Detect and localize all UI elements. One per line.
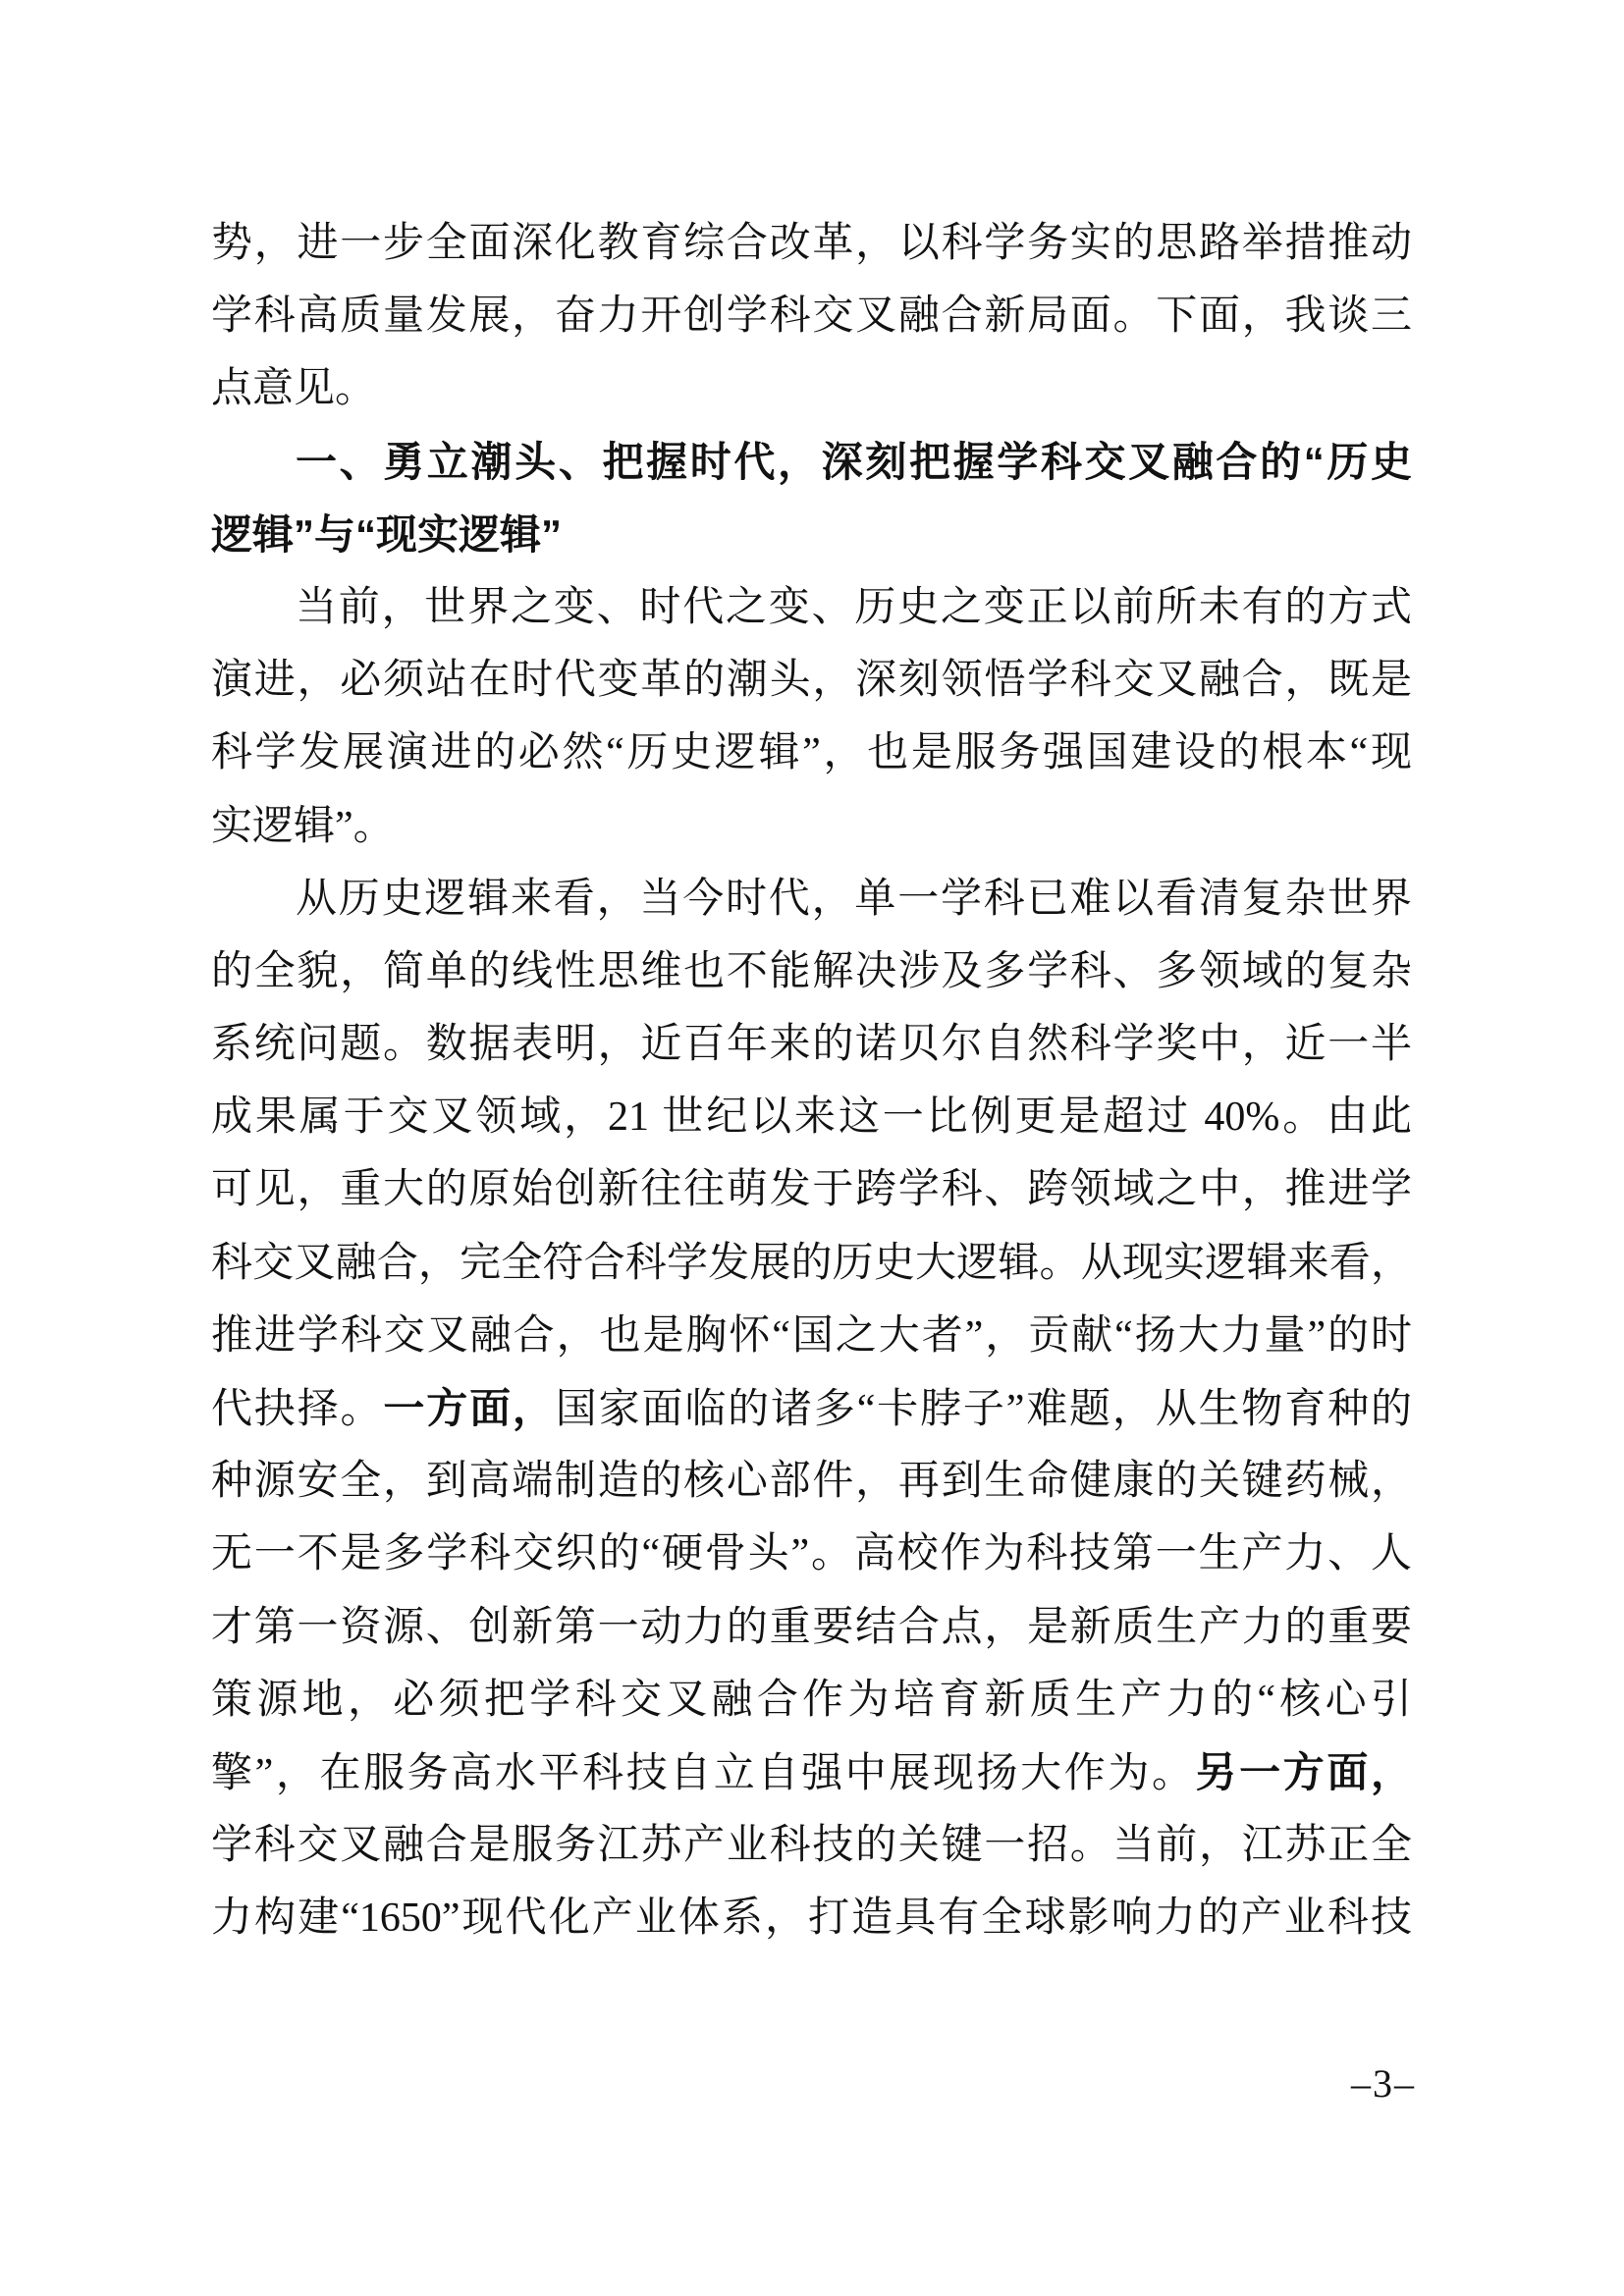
body-line: 代抉择。一方面，国家面临的诸多“卡脖子”难题，从生物育种的 (211, 1372, 1412, 1445)
bold-emphasis: 另一方面， (1196, 1749, 1412, 1795)
body-line: 科交叉融合，完全符合科学发展的历史大逻辑。从现实逻辑来看， (211, 1227, 1412, 1300)
body-line: 科学发展演进的必然“历史逻辑”，也是服务强国建设的根本“现 (211, 717, 1412, 789)
body-line: 实逻辑”。 (211, 790, 1412, 863)
text-run: 才第一资源、创新第一动力的重要结合点，是新质生产力的重要 (211, 1605, 1412, 1650)
body-line: 可见，重大的原始创新往往萌发于跨学科、跨领域之中，推进学 (211, 1153, 1412, 1226)
text-run: 当前，世界之变、时代之变、历史之变正以前所未有的方式 (296, 585, 1412, 630)
body-line: 势，进一步全面深化教育综合改革，以科学务实的思路举措推动 (211, 207, 1412, 280)
text-run: 无一不是多学科交织的“硬骨头”。高校作为科技第一生产力、人 (211, 1531, 1412, 1576)
text-run: 学科交叉融合是服务江苏产业科技的关键一招。当前，江苏正全 (211, 1823, 1412, 1868)
body-line: 推进学科交叉融合，也是胸怀“国之大者”，贡献“扬大力量”的时 (211, 1300, 1412, 1372)
text-run: 策源地，必须把学科交叉融合作为培育新质生产力的“核心引 (211, 1678, 1412, 1723)
text-run: 实逻辑”。 (211, 804, 395, 849)
text-run: 科学发展演进的必然“历史逻辑”，也是服务强国建设的根本“现 (211, 730, 1412, 775)
text-run: 力构建“1650”现代化产业体系，打造具有全球影响力的产业科技 (211, 1896, 1412, 1941)
text-run: 系统问题。数据表明，近百年来的诺贝尔自然科学奖中，近一半 (211, 1022, 1412, 1067)
body-line: 系统问题。数据表明，近百年来的诺贝尔自然科学奖中，近一半 (211, 1008, 1412, 1081)
body-line: 擎”，在服务高水平科技自立自强中展现扬大作为。另一方面， (211, 1736, 1412, 1809)
text-run: 成果属于交叉领域，21 世纪以来这一比例更是超过 40%。由此 (211, 1095, 1412, 1140)
text-run: 代抉择。 (211, 1387, 383, 1432)
text-run: 从历史逻辑来看，当今时代，单一学科已难以看清复杂世界 (296, 877, 1412, 922)
body-line: 演进，必须站在时代变革的潮头，深刻领悟学科交叉融合，既是 (211, 644, 1412, 717)
body-line: 当前，世界之变、时代之变、历史之变正以前所未有的方式 (211, 571, 1412, 644)
page-number: –3– (1351, 2061, 1416, 2107)
body-line: 点意见。 (211, 352, 1412, 425)
body-line: 力构建“1650”现代化产业体系，打造具有全球影响力的产业科技 (211, 1882, 1412, 1954)
text-run: 国家面临的诸多“卡脖子”难题，从生物育种的 (556, 1387, 1412, 1432)
text-run: 逻辑”与“现实逻辑” (211, 511, 562, 558)
body-line: 学科交叉融合是服务江苏产业科技的关键一招。当前，江苏正全 (211, 1809, 1412, 1882)
body-line: 学科高质量发展，奋力开创学科交叉融合新局面。下面，我谈三 (211, 280, 1412, 352)
text-run: 势，进一步全面深化教育综合改革，以科学务实的思路举措推动 (211, 221, 1412, 266)
heading-line: 一、勇立潮头、把握时代，深刻把握学科交叉融合的“历史 (211, 426, 1412, 499)
body-line: 的全貌，简单的线性思维也不能解决涉及多学科、多领域的复杂 (211, 935, 1412, 1008)
heading-line: 逻辑”与“现实逻辑” (211, 499, 1412, 571)
text-run: 一、勇立潮头、把握时代，深刻把握学科交叉融合的“历史 (296, 439, 1412, 485)
text-run: 推进学科交叉融合，也是胸怀“国之大者”，贡献“扬大力量”的时 (211, 1313, 1412, 1359)
text-run: 点意见。 (211, 366, 376, 411)
text-run: 的全貌，简单的线性思维也不能解决涉及多学科、多领域的复杂 (211, 949, 1412, 994)
text-run: 学科高质量发展，奋力开创学科交叉融合新局面。下面，我谈三 (211, 294, 1412, 339)
document-page: 势，进一步全面深化教育综合改革，以科学务实的思路举措推动学科高质量发展，奋力开创… (0, 0, 1624, 2296)
body-line: 策源地，必须把学科交叉融合作为培育新质生产力的“核心引 (211, 1664, 1412, 1736)
text-run: 科交叉融合，完全符合科学发展的历史大逻辑。从现实逻辑来看， (211, 1241, 1412, 1286)
bold-emphasis: 一方面， (383, 1385, 555, 1431)
document-text-block: 势，进一步全面深化教育综合改革，以科学务实的思路举措推动学科高质量发展，奋力开创… (211, 207, 1412, 1955)
body-line: 种源安全，到高端制造的核心部件，再到生命健康的关键药械， (211, 1445, 1412, 1518)
text-run: 演进，必须站在时代变革的潮头，深刻领悟学科交叉融合，既是 (211, 658, 1412, 703)
body-line: 无一不是多学科交织的“硬骨头”。高校作为科技第一生产力、人 (211, 1518, 1412, 1590)
body-line: 才第一资源、创新第一动力的重要结合点，是新质生产力的重要 (211, 1591, 1412, 1664)
text-run: 种源安全，到高端制造的核心部件，再到生命健康的关键药械， (211, 1459, 1412, 1504)
text-run: 可见，重大的原始创新往往萌发于跨学科、跨领域之中，推进学 (211, 1167, 1412, 1212)
body-line: 从历史逻辑来看，当今时代，单一学科已难以看清复杂世界 (211, 863, 1412, 935)
body-line: 成果属于交叉领域，21 世纪以来这一比例更是超过 40%。由此 (211, 1081, 1412, 1153)
text-run: 擎”，在服务高水平科技自立自强中展现扬大作为。 (211, 1751, 1196, 1796)
